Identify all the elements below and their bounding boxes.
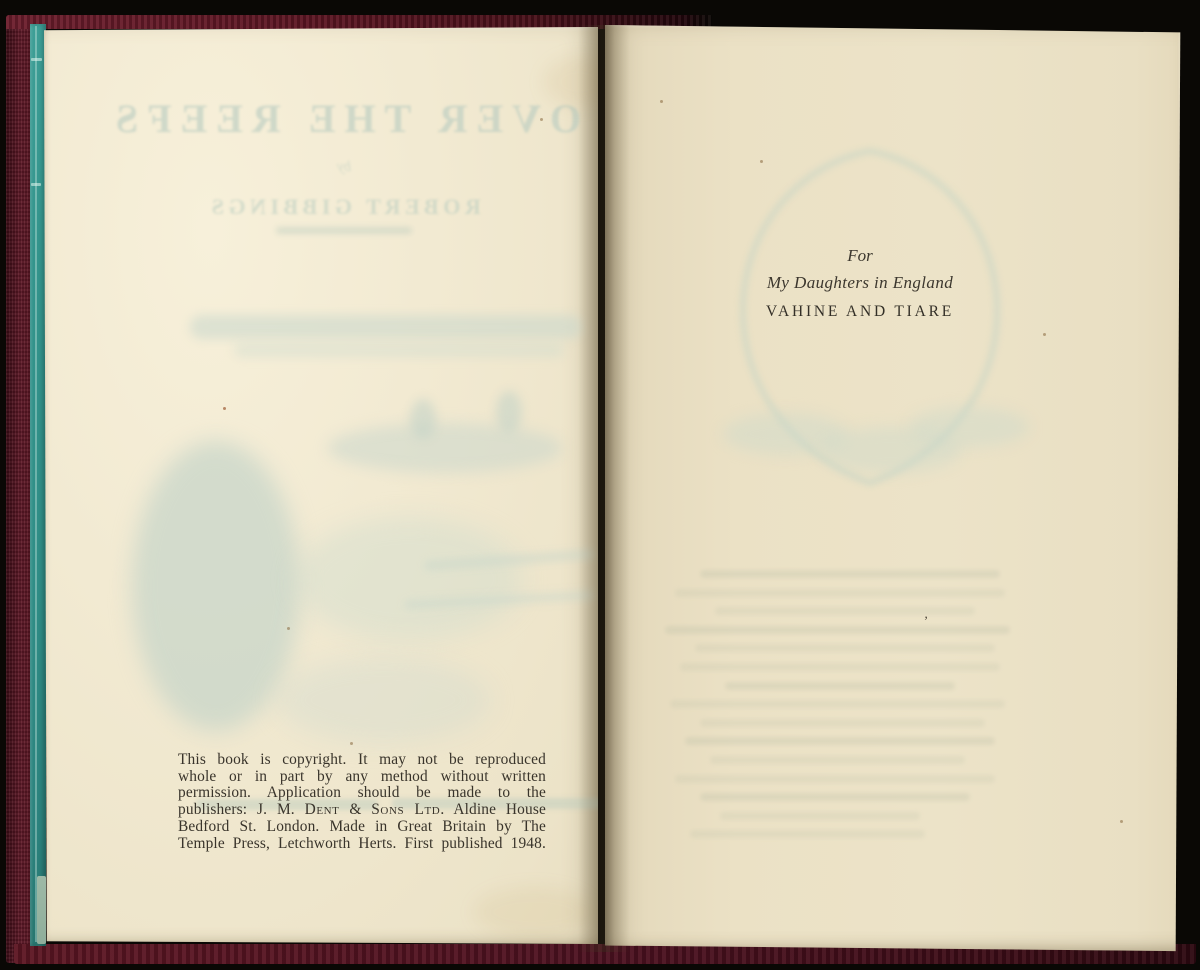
foxing-speck xyxy=(287,627,290,630)
ghost-cloud-smudge xyxy=(909,407,1029,447)
foxing-speck xyxy=(1120,820,1123,823)
show-through-row xyxy=(685,737,995,745)
ghost-illustration-shape xyxy=(276,657,490,743)
ghost-illustration-shape xyxy=(404,590,594,610)
foxing-speck xyxy=(350,742,353,745)
ghost-illustration-shape xyxy=(424,549,594,571)
endpaper-tick-mark xyxy=(31,58,42,61)
dedication-recipients: My Daughters in England xyxy=(690,273,1030,293)
photo-background: { "book": { "left_page": { "show_through… xyxy=(0,0,1200,970)
ghost-smudge xyxy=(276,227,412,234)
ghost-cloud-smudge xyxy=(723,413,847,455)
foxing-speck xyxy=(540,118,543,121)
show-through-row xyxy=(700,719,985,727)
ghost-illustration-shape xyxy=(296,517,522,641)
ghost-mirrored-author: ROBERT GIBBINGS xyxy=(90,194,598,220)
endpaper-tick-mark xyxy=(31,183,41,186)
ghost-illustration-shape xyxy=(190,315,582,339)
flyleaf-edge-sliver xyxy=(37,876,46,944)
show-through-row xyxy=(695,644,995,652)
copyright-line: permission. Application should be made t… xyxy=(178,785,546,802)
show-through-row xyxy=(680,663,1000,671)
ghost-illustration-shape xyxy=(132,441,300,731)
right-page: For My Daughters in England VAHINE AND T… xyxy=(605,25,1182,952)
show-through-row xyxy=(700,793,970,801)
copyright-line: Bedford St. London. Made in Great Britai… xyxy=(178,819,546,836)
ghost-mirrored-title: OVER THE REEFS xyxy=(90,95,598,142)
show-through-row xyxy=(675,589,1005,597)
show-through-row xyxy=(690,830,925,838)
show-through-row xyxy=(700,570,1000,578)
show-through-row xyxy=(665,626,1010,634)
foxing-speck xyxy=(223,407,226,410)
dedication-names: VAHINE AND TIARE xyxy=(690,303,1030,321)
foxing-speck xyxy=(760,160,763,163)
show-through-row xyxy=(710,756,965,764)
foxing-speck xyxy=(660,100,663,103)
ghost-cloud-smudge xyxy=(819,427,961,473)
ghost-illustration-shape xyxy=(328,423,562,473)
ghost-illustration-shape xyxy=(410,399,436,439)
dedication-for: For xyxy=(690,246,1030,266)
show-through-row xyxy=(715,607,975,615)
paper-stain xyxy=(544,57,614,107)
copyright-line: whole or in part by any method without w… xyxy=(178,769,546,786)
ghost-illustration-shape xyxy=(234,343,564,357)
copyright-line: Temple Press, Letchworth Herts. First pu… xyxy=(178,836,546,853)
dedication-block: For My Daughters in England VAHINE AND T… xyxy=(690,246,1030,321)
show-through-row xyxy=(720,812,920,820)
copyright-line: publishers: J. M. Dent & Sons Ltd. Aldin… xyxy=(178,802,546,819)
foxing-speck xyxy=(1043,333,1046,336)
left-page: OVER THE REEFS by ROBERT GIBBINGS This b… xyxy=(44,27,598,944)
copyright-block: This book is copyright. It may not be re… xyxy=(178,752,546,852)
show-through-row xyxy=(675,775,995,783)
stray-ink-mark: ’ xyxy=(923,613,927,629)
ghost-illustration-shape xyxy=(496,391,522,433)
copyright-line: This book is copyright. It may not be re… xyxy=(178,752,546,769)
ghost-mirrored-byline: by xyxy=(90,159,598,176)
show-through-row xyxy=(725,682,955,690)
paper-stain xyxy=(474,887,594,937)
show-through-row xyxy=(670,700,1005,708)
endpaper-thread-line xyxy=(35,26,37,942)
endpaper-teal-strip xyxy=(30,24,46,946)
